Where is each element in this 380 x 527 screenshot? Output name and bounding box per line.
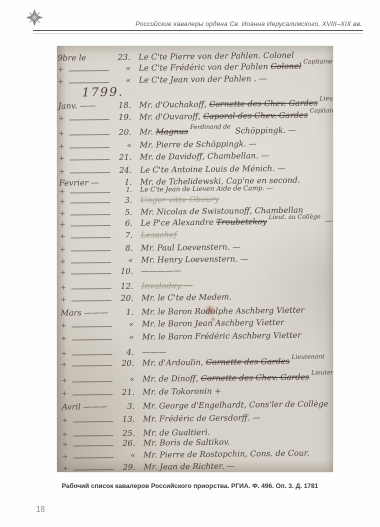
- ruled-dash: [73, 435, 113, 436]
- margin-mark: +: [61, 322, 67, 330]
- day-number: 5.: [106, 208, 132, 217]
- manuscript-scan: 9bre le23.Le C'te Pierre von der Pahlen.…: [57, 46, 333, 472]
- day-number: 29.: [109, 463, 135, 472]
- manuscript-line: +13.Mr. Frédéric de Gersdorff. —: [59, 412, 333, 426]
- ruled-dash: [71, 300, 111, 301]
- page-number: 18: [36, 505, 45, 514]
- ruled-dash: [71, 225, 111, 226]
- entry-text: ———: [142, 347, 166, 356]
- manuscript-line: +21.Mr. de Tokoronin +: [59, 385, 333, 399]
- ruled-dash: [71, 262, 111, 263]
- day-number: «: [108, 320, 134, 329]
- month-label: Mars ———: [61, 308, 109, 318]
- ruled-dash: [71, 250, 111, 251]
- manuscript-year-heading: 1799.: [82, 82, 333, 99]
- month-label: Janv. ——: [58, 101, 96, 110]
- entry-text: Mr. d'Ouvaroff, Caporal des Chev. Gardes…: [139, 110, 333, 121]
- entry-text: Mr. le Baron Rodolphe Aschberg Vietter: [142, 306, 305, 317]
- day-number: 1.: [108, 308, 134, 317]
- ruled-dash: [71, 273, 111, 274]
- margin-mark: +: [61, 335, 67, 343]
- margin-mark: +: [60, 221, 66, 229]
- day-number: «: [105, 76, 131, 85]
- running-header-title: Российские кавалеры ордена Св. Иоанна Ие…: [136, 21, 362, 28]
- entry-text: Mr. MagnusFerdinand de Schöppingk. —: [139, 126, 296, 137]
- ruled-dash: [72, 326, 112, 327]
- manuscript-line: +7.Lesachef: [57, 228, 333, 242]
- margin-mark: +: [62, 417, 68, 425]
- ruled-dash: [73, 445, 113, 446]
- margin-mark: +: [60, 296, 66, 304]
- entry-text: —————: [141, 266, 181, 275]
- ruled-dash: [72, 365, 112, 366]
- entry-text: Unger vitte Oboury: [140, 195, 219, 205]
- entry-text: Mr. de Tokoronin +: [143, 387, 222, 397]
- margin-mark: +: [59, 210, 65, 218]
- entry-text: Mr. le Baron Frédéric Aschberg Vietter: [142, 331, 301, 342]
- entry-text: Le C'te Antoine Louis de Ménich. —: [140, 164, 286, 175]
- margin-mark: +: [58, 130, 64, 138]
- ruled-dash: [70, 214, 110, 215]
- entry-text: Mr. Pierre de Schöppingk. —: [140, 139, 257, 149]
- day-number: 18.: [105, 101, 131, 110]
- entry-text: Mr. Jean de Richter. —: [143, 462, 234, 472]
- ruled-dash: [70, 202, 110, 203]
- margin-mark: +: [59, 188, 65, 196]
- margin-mark: +: [62, 453, 68, 461]
- entry-text: Mr. Boris de Saltikov.: [143, 438, 230, 448]
- margin-mark: +: [60, 233, 66, 241]
- entry-text: Mr. Frédéric de Gersdorff. —: [143, 413, 261, 423]
- entry-text: Invaloday. —: [141, 281, 193, 291]
- day-number: 10.: [107, 267, 133, 276]
- margin-mark: +: [59, 143, 65, 151]
- margin-mark: +: [58, 66, 64, 74]
- ruled-dash: [74, 469, 114, 470]
- ruled-dash: [70, 147, 110, 148]
- margin-mark: +: [59, 168, 65, 176]
- ruled-dash: [70, 159, 110, 160]
- day-number: «: [105, 64, 131, 73]
- day-number: «: [108, 375, 134, 384]
- ruled-dash: [73, 457, 113, 458]
- entry-text: Mr. Henry Loevenstern. —: [141, 254, 248, 264]
- manuscript-line: +20.Mr. d'Ardoulin, Cornette des GardesL…: [58, 356, 333, 370]
- day-number: 4.: [108, 348, 134, 357]
- month-label: 9bre le: [57, 53, 86, 62]
- margin-mark: +: [60, 246, 66, 254]
- figure-caption: Рабочий список кавалеров Российского при…: [0, 483, 380, 490]
- day-number: 13.: [109, 415, 135, 424]
- day-number: 3.: [106, 196, 132, 205]
- ruled-dash: [70, 172, 110, 173]
- day-number: «: [109, 451, 135, 460]
- ink-blot: [204, 305, 217, 316]
- day-number: 25.: [109, 429, 135, 438]
- entry-text: Mr. Paul Loevenstern. —: [141, 242, 241, 252]
- ruled-dash: [73, 421, 113, 422]
- ruled-dash: [72, 354, 112, 355]
- margin-mark: +: [63, 465, 69, 472]
- entry-text: Mr. de Dinoff, Cornette des Chev. Gardes…: [142, 372, 333, 383]
- margin-mark: +: [60, 284, 66, 292]
- manuscript-line: +20.Mr. MagnusFerdinand de Schöppingk. —: [57, 125, 332, 139]
- entry-text: Mr. le C'te de Medem.: [141, 293, 231, 303]
- entry-text: Mr. Pierre de Rostopchin, Cons. de Cour.: [143, 449, 309, 460]
- margin-mark: +: [61, 361, 67, 369]
- entry-text: Mr. d'Ardoulin, Cornette des GardesLieut…: [142, 356, 327, 367]
- day-number: 23.: [104, 53, 130, 62]
- day-number: «: [108, 333, 134, 342]
- ruled-dash: [72, 339, 112, 340]
- manuscript-line: +«Mr. de Dinoff, Cornette des Chev. Gard…: [58, 372, 333, 386]
- day-number: «: [106, 141, 132, 150]
- book-page: Российские кавалеры ордена Св. Иоанна Ие…: [0, 0, 380, 527]
- ruled-dash: [69, 70, 109, 71]
- margin-mark: +: [62, 431, 68, 439]
- day-number: 20.: [108, 359, 134, 368]
- entry-text: Le C'te Frédéric von der Pahlen ColonelC…: [139, 61, 333, 72]
- day-number: 21.: [106, 153, 132, 162]
- entry-text: Lesachef: [141, 230, 177, 239]
- margin-mark: +: [62, 390, 68, 398]
- entry-text: Le C'te Pierre von der Pahlen. Colonel: [138, 51, 294, 62]
- margin-mark: +: [61, 377, 67, 385]
- ruled-dash: [71, 237, 111, 238]
- manuscript-lines: 9bre le23.Le C'te Pierre von der Pahlen.…: [57, 46, 333, 472]
- day-number: 6.: [107, 219, 133, 228]
- ruled-dash: [69, 119, 109, 120]
- entry-text: Le C'te Jean de Lieven Aide de Camp. —: [140, 184, 273, 194]
- day-number: «: [107, 256, 133, 265]
- entry-text: Mr. de Davidoff, Chambellan. —: [140, 151, 269, 162]
- day-number: 21.: [109, 388, 135, 397]
- manuscript-line: +«Mr. le Baron Jean Aschberg Vietter: [58, 317, 333, 331]
- manuscript-line: +21.Mr. de Davidoff, Chambellan. —: [57, 150, 332, 164]
- ruled-dash: [72, 381, 112, 382]
- day-number: 20.: [105, 128, 131, 137]
- ruled-dash: [70, 192, 110, 193]
- day-number: 26.: [109, 439, 135, 448]
- margin-mark: +: [60, 269, 66, 277]
- manuscript-line: Avril ———3.Mr. George d'Engelhardt, Cons…: [59, 399, 333, 413]
- day-number: 7.: [107, 231, 133, 240]
- margin-mark: +: [59, 155, 65, 163]
- month-label: Avril ———: [62, 402, 108, 412]
- margin-mark: +: [58, 78, 64, 86]
- day-number: 3.: [109, 402, 135, 411]
- margin-mark: +: [59, 198, 65, 206]
- margin-mark: +: [61, 350, 67, 358]
- manuscript-line: +19.Mr. d'Ouvaroff, Caporal des Chev. Ga…: [57, 110, 331, 124]
- day-number: 1.: [106, 186, 132, 194]
- day-number: 20.: [107, 294, 133, 303]
- ruled-dash: [69, 134, 109, 135]
- entry-text: Mr. le Baron Jean Aschberg Vietter: [142, 318, 284, 329]
- entry-text: Mr. d'Ouchakoff, Cornette des Chev. Gard…: [139, 98, 333, 110]
- maltese-cross-icon: [25, 8, 44, 27]
- ruled-dash: [73, 394, 113, 395]
- day-number: 19.: [105, 113, 131, 122]
- margin-mark: +: [62, 441, 68, 449]
- ruled-dash: [69, 82, 109, 83]
- manuscript-line: +20.Mr. le C'te de Medem.: [57, 291, 333, 305]
- margin-mark: +: [60, 258, 66, 266]
- ruled-dash: [71, 288, 111, 289]
- manuscript-line: +«Mr. le Baron Frédéric Aschberg Vietter: [58, 330, 333, 344]
- entry-text: Mr. George d'Engelhardt, Cons'ler de Col…: [143, 399, 328, 410]
- margin-mark: +: [58, 115, 64, 123]
- day-number: 12.: [107, 282, 133, 291]
- day-number: 24.: [106, 166, 132, 175]
- day-number: 8.: [107, 244, 133, 253]
- entry-text: Le P'ce Alexandre TroubetzkoyLieut. au C…: [141, 216, 333, 227]
- header-rule: [33, 30, 363, 34]
- entry-text: Mr. de Gualtieri.: [143, 428, 210, 438]
- manuscript-line: +10.—————: [57, 264, 333, 278]
